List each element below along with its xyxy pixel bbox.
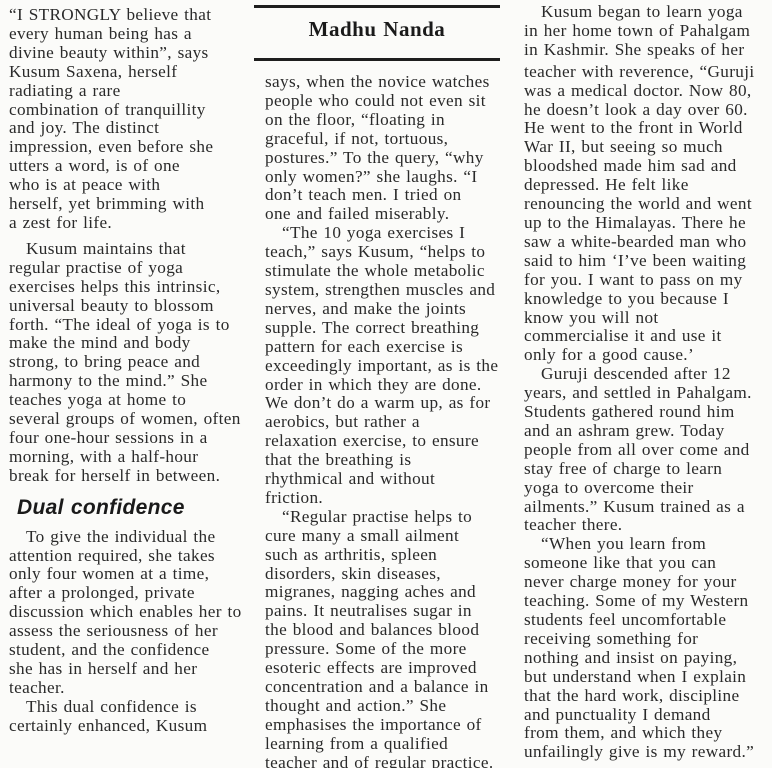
body-paragraph: “Regular practise helps to cure many a s…: [265, 508, 500, 768]
byline-box: Madhu Nanda: [254, 0, 500, 73]
body-paragraph: “The 10 yoga exercises I teach,” says Ku…: [265, 224, 500, 508]
body-paragraph: Guruji descended after 12 years, and set…: [524, 365, 769, 535]
intro-paragraph: “I STRONGLY believe that every human bei…: [9, 6, 249, 233]
body-paragraph: says, when the novice watches people who…: [265, 73, 500, 224]
article-column-1: “I STRONGLY believe that every human bei…: [9, 6, 249, 736]
body-paragraph: “When you learn from someone like that y…: [524, 535, 769, 762]
byline-top-rule: [254, 5, 500, 8]
subheading: Dual confidence: [17, 496, 249, 520]
body-paragraph: This dual confidence is certainly enhanc…: [9, 698, 249, 736]
author-byline: Madhu Nanda: [254, 20, 500, 39]
newspaper-article: “I STRONGLY believe that every human bei…: [0, 0, 772, 768]
body-paragraph: Kusum began to learn yoga in her home to…: [524, 3, 769, 365]
body-paragraph: To give the individual the attention req…: [9, 528, 249, 698]
byline-bottom-rule: [254, 58, 500, 61]
body-paragraph: Kusum maintains that regular practise of…: [9, 240, 249, 486]
article-column-3: Kusum began to learn yoga in her home to…: [524, 3, 769, 762]
article-column-2: Madhu Nanda says, when the novice watche…: [265, 0, 500, 768]
